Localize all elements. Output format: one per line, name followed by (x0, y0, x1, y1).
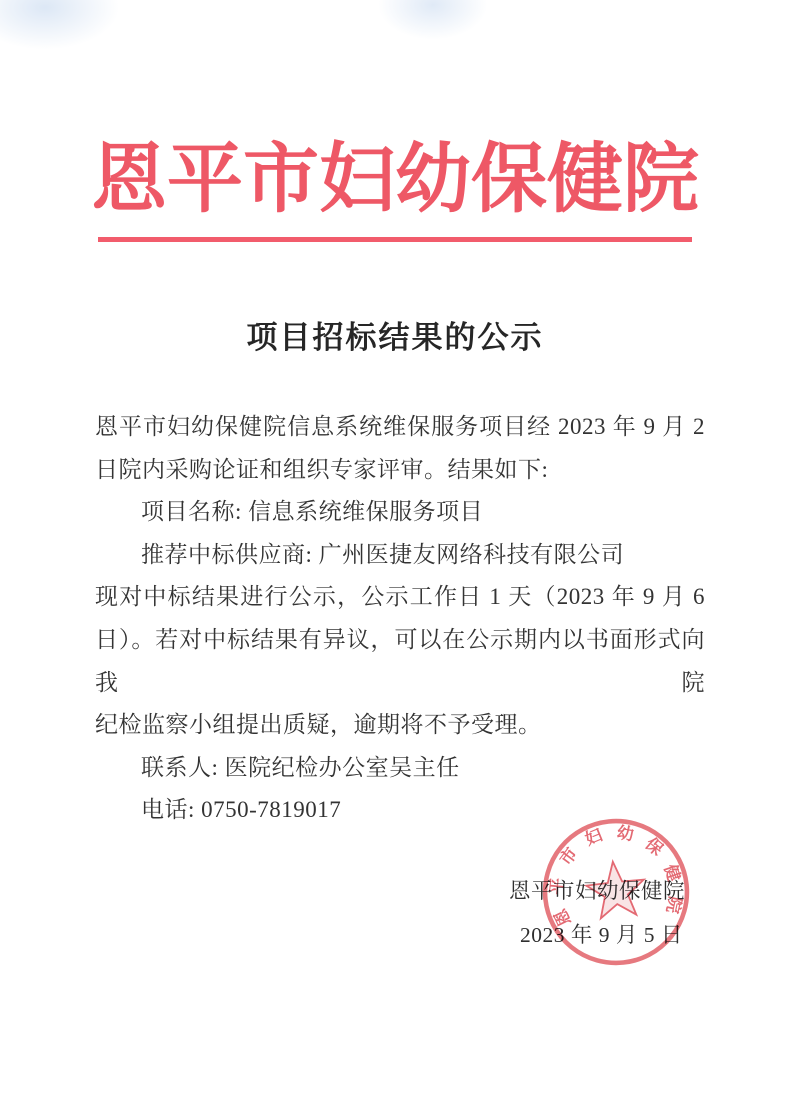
body-line-8: 联系人: 医院纪检办公室吴主任 (95, 747, 705, 790)
body-line-7: 纪检监察小组提出质疑，逾期将不予受理。 (95, 704, 705, 747)
masthead-rule (98, 237, 692, 242)
body-line-4: 推荐中标供应商: 广州医捷友网络科技有限公司 (95, 534, 705, 577)
body-line-6: 日）。若对中标结果有异议，可以在公示期内以书面形式向我院 (95, 619, 705, 704)
scan-smudge-top-left (0, 0, 120, 50)
hospital-masthead-title: 恩平市妇幼保健院 (0, 130, 790, 230)
seal-star-icon (584, 859, 647, 920)
body-line-2: 日院内采购论证和组织专家评审。结果如下: (95, 449, 705, 492)
document-title: 项目招标结果的公示 (0, 312, 790, 357)
body-line-3: 项目名称: 信息系统维保服务项目 (95, 491, 705, 534)
official-seal-stamp: 恩平市妇幼保健院 (532, 808, 699, 975)
body-line-1: 恩平市妇幼保健院信息系统维保服务项目经 2023 年 9 月 2 (95, 406, 705, 449)
document-body: 恩平市妇幼保健院信息系统维保服务项目经 2023 年 9 月 2 日院内采购论证… (95, 406, 705, 832)
scanned-document-page: 恩平市妇幼保健院 项目招标结果的公示 恩平市妇幼保健院信息系统维保服务项目经 2… (0, 0, 790, 1120)
body-line-5: 现对中标结果进行公示，公示工作日 1 天（2023 年 9 月 6 (95, 576, 705, 619)
scan-smudge-top-center (378, 0, 488, 40)
